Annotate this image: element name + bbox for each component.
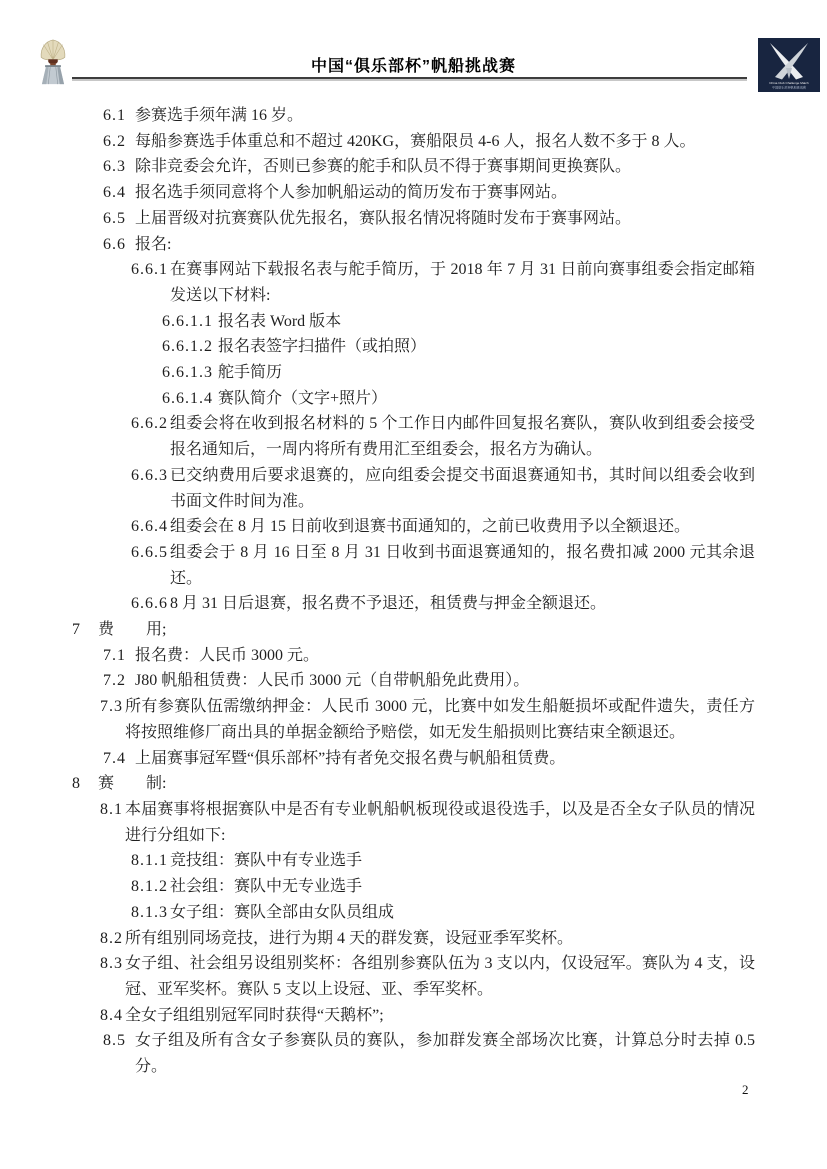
list-item-6.6.1.3: 6.6.1.3舵手简历 <box>0 360 827 386</box>
list-item-6.6.1.4: 6.6.1.4赛队简介（文字+照片） <box>0 386 827 412</box>
item-text: 社会组：赛队中无专业选手 <box>170 874 755 900</box>
list-item-8.1.1: 8.1.1竞技组：赛队中有专业选手 <box>0 848 827 874</box>
item-text: 上届赛事冠军暨“俱乐部杯”持有者免交报名费与帆船租赁费。 <box>135 746 755 772</box>
item-text: 报名表签字扫描件（或拍照） <box>218 334 755 360</box>
item-number: 7.4 <box>103 746 135 772</box>
item-text: 费 用; <box>98 617 755 643</box>
item-number: 8.1.3 <box>131 900 170 926</box>
item-text: 舵手简历 <box>218 360 755 386</box>
list-item-6.6.1.2: 6.6.1.2报名表签字扫描件（或拍照） <box>0 334 827 360</box>
item-number: 6.4 <box>103 180 135 206</box>
list-item-6.6.4: 6.6.4组委会在 8 月 15 日前收到退赛书面通知的，之前已收费用予以全额退… <box>0 514 827 540</box>
item-number: 6.6.3 <box>131 463 170 514</box>
item-text: 组委会将在收到报名材料的 5 个工作日内邮件回复报名赛队，赛队收到组委会接受报名… <box>170 411 755 462</box>
item-number: 7.1 <box>103 643 135 669</box>
document-page: 中国“俱乐部杯”帆船挑战赛 China Club Challenge Match… <box>0 0 827 1169</box>
list-item-8.1: 8.1本届赛事将根据赛队中是否有专业帆船帆板现役或退役选手，以及是否全女子队员的… <box>0 797 827 848</box>
item-number: 8.4 <box>100 1003 125 1029</box>
event-logo-caption-en: China Club Challenge Match <box>769 81 809 85</box>
list-item-7.4: 7.4上届赛事冠军暨“俱乐部杯”持有者免交报名费与帆船租赁费。 <box>0 746 827 772</box>
item-number: 8.1.2 <box>131 874 170 900</box>
rules-list: 6.1参赛选手须年满 16 岁。6.2每船参赛选手体重总和不超过 420KG，赛… <box>0 103 827 1080</box>
item-text: J80 帆船租赁费：人民币 3000 元（自带帆船免此费用）。 <box>135 668 755 694</box>
item-number: 7 <box>72 617 98 643</box>
header-rule <box>72 77 747 79</box>
item-text: 参赛选手须年满 16 岁。 <box>135 103 755 129</box>
list-item-7.1: 7.1报名费：人民币 3000 元。 <box>0 643 827 669</box>
item-text: 女子组：赛队全部由女队员组成 <box>170 900 755 926</box>
list-item-8.1.2: 8.1.2社会组：赛队中无专业选手 <box>0 874 827 900</box>
list-item-6.6.1.1: 6.6.1.1报名表 Word 版本 <box>0 309 827 335</box>
item-number: 6.5 <box>103 206 135 232</box>
item-text: 8 月 31 日后退赛，报名费不予退还，租赁费与押金全额退还。 <box>170 591 755 617</box>
item-text: 报名表 Word 版本 <box>218 309 755 335</box>
list-item-6.1: 6.1参赛选手须年满 16 岁。 <box>0 103 827 129</box>
item-number: 6.6.1 <box>131 257 170 308</box>
event-logo-icon: China Club Challenge Match 中国俱乐部杯帆船挑战赛 <box>758 38 820 92</box>
item-text: 上届晋级对抗赛赛队优先报名，赛队报名情况将随时发布于赛事网站。 <box>135 206 755 232</box>
item-number: 8.1 <box>100 797 125 848</box>
item-text: 报名: <box>135 232 755 258</box>
item-number: 8 <box>72 771 98 797</box>
list-item-8.3: 8.3女子组、社会组另设组别奖杯：各组别参赛队伍为 3 支以内，仅设冠军。赛队为… <box>0 951 827 1002</box>
list-item-8.4: 8.4全女子组组别冠军同时获得“天鹅杯”; <box>0 1003 827 1029</box>
event-logo-caption-zh: 中国俱乐部杯帆船挑战赛 <box>772 85 807 90</box>
item-number: 8.1.1 <box>131 848 170 874</box>
item-text: 赛 制: <box>98 771 755 797</box>
item-number: 6.6.1.1 <box>162 309 218 335</box>
item-number: 8.5 <box>103 1028 135 1079</box>
list-item-7.2: 7.2J80 帆船租赁费：人民币 3000 元（自带帆船免此费用）。 <box>0 668 827 694</box>
item-number: 6.2 <box>103 129 135 155</box>
list-item-6.3: 6.3除非竞委会允许，否则已参赛的舵手和队员不得于赛事期间更换赛队。 <box>0 154 827 180</box>
item-text: 赛队简介（文字+照片） <box>218 386 755 412</box>
item-text: 组委会在 8 月 15 日前收到退赛书面通知的，之前已收费用予以全额退还。 <box>170 514 755 540</box>
item-text: 全女子组组别冠军同时获得“天鹅杯”; <box>125 1003 755 1029</box>
item-text: 所有参赛队伍需缴纳押金：人民币 3000 元，比赛中如发生船艇损坏或配件遗失，责… <box>125 694 755 745</box>
item-text: 本届赛事将根据赛队中是否有专业帆船帆板现役或退役选手，以及是否全女子队员的情况进… <box>125 797 755 848</box>
item-text: 报名选手须同意将个人参加帆船运动的简历发布于赛事网站。 <box>135 180 755 206</box>
item-number: 7.2 <box>103 668 135 694</box>
item-text: 女子组、社会组另设组别奖杯：各组别参赛队伍为 3 支以内，仅设冠军。赛队为 4 … <box>125 951 755 1002</box>
item-text: 所有组别同场竞技，进行为期 4 天的群发赛，设冠亚季军奖杯。 <box>125 926 755 952</box>
list-item-6.2: 6.2每船参赛选手体重总和不超过 420KG，赛船限员 4-6 人，报名人数不多… <box>0 129 827 155</box>
item-number: 6.6.6 <box>131 591 170 617</box>
list-item-6.6.2: 6.6.2组委会将在收到报名材料的 5 个工作日内邮件回复报名赛队，赛队收到组委… <box>0 411 827 462</box>
list-item-6.6.3: 6.6.3已交纳费用后要求退赛的，应向组委会提交书面退赛通知书，其时间以组委会收… <box>0 463 827 514</box>
item-text: 在赛事网站下载报名表与舵手简历，于 2018 年 7 月 31 日前向赛事组委会… <box>170 257 755 308</box>
item-number: 6.6 <box>103 232 135 258</box>
list-item-8.1.3: 8.1.3女子组：赛队全部由女队员组成 <box>0 900 827 926</box>
list-item-8.2: 8.2所有组别同场竞技，进行为期 4 天的群发赛，设冠亚季军奖杯。 <box>0 926 827 952</box>
item-number: 6.6.1.4 <box>162 386 218 412</box>
item-number: 6.1 <box>103 103 135 129</box>
item-text: 竞技组：赛队中有专业选手 <box>170 848 755 874</box>
item-text: 已交纳费用后要求退赛的，应向组委会提交书面退赛通知书，其时间以组委会收到书面文件… <box>170 463 755 514</box>
item-text: 每船参赛选手体重总和不超过 420KG，赛船限员 4-6 人，报名人数不多于 8… <box>135 129 755 155</box>
list-item-6.6.1: 6.6.1在赛事网站下载报名表与舵手简历，于 2018 年 7 月 31 日前向… <box>0 257 827 308</box>
item-number: 8.3 <box>100 951 125 1002</box>
item-number: 6.6.2 <box>131 411 170 462</box>
list-item-8.5: 8.5女子组及所有含女子参赛队员的赛队，参加群发赛全部场次比赛，计算总分时去掉 … <box>0 1028 827 1079</box>
list-item-7: 7费 用; <box>0 617 827 643</box>
list-item-6.4: 6.4报名选手须同意将个人参加帆船运动的简历发布于赛事网站。 <box>0 180 827 206</box>
list-item-7.3: 7.3所有参赛队伍需缴纳押金：人民币 3000 元，比赛中如发生船艇损坏或配件遗… <box>0 694 827 745</box>
item-number: 6.6.1.2 <box>162 334 218 360</box>
item-text: 报名费：人民币 3000 元。 <box>135 643 755 669</box>
list-item-6.6.6: 6.6.68 月 31 日后退赛，报名费不予退还，租赁费与押金全额退还。 <box>0 591 827 617</box>
item-number: 6.6.4 <box>131 514 170 540</box>
item-text: 除非竞委会允许，否则已参赛的舵手和队员不得于赛事期间更换赛队。 <box>135 154 755 180</box>
event-title: 中国“俱乐部杯”帆船挑战赛 <box>0 53 827 76</box>
item-number: 7.3 <box>100 694 125 745</box>
list-item-8: 8赛 制: <box>0 771 827 797</box>
list-item-6.6: 6.6报名: <box>0 232 827 258</box>
item-number: 8.2 <box>100 926 125 952</box>
list-item-6.6.5: 6.6.5组委会于 8 月 16 日至 8 月 31 日收到书面退赛通知的，报名… <box>0 540 827 591</box>
item-number: 6.3 <box>103 154 135 180</box>
page-number: 2 <box>742 1082 749 1098</box>
item-text: 组委会于 8 月 16 日至 8 月 31 日收到书面退赛通知的，报名费扣减 2… <box>170 540 755 591</box>
item-number: 6.6.5 <box>131 540 170 591</box>
item-text: 女子组及所有含女子参赛队员的赛队，参加群发赛全部场次比赛，计算总分时去掉 0.5… <box>135 1028 755 1079</box>
item-number: 6.6.1.3 <box>162 360 218 386</box>
list-item-6.5: 6.5上届晋级对抗赛赛队优先报名，赛队报名情况将随时发布于赛事网站。 <box>0 206 827 232</box>
